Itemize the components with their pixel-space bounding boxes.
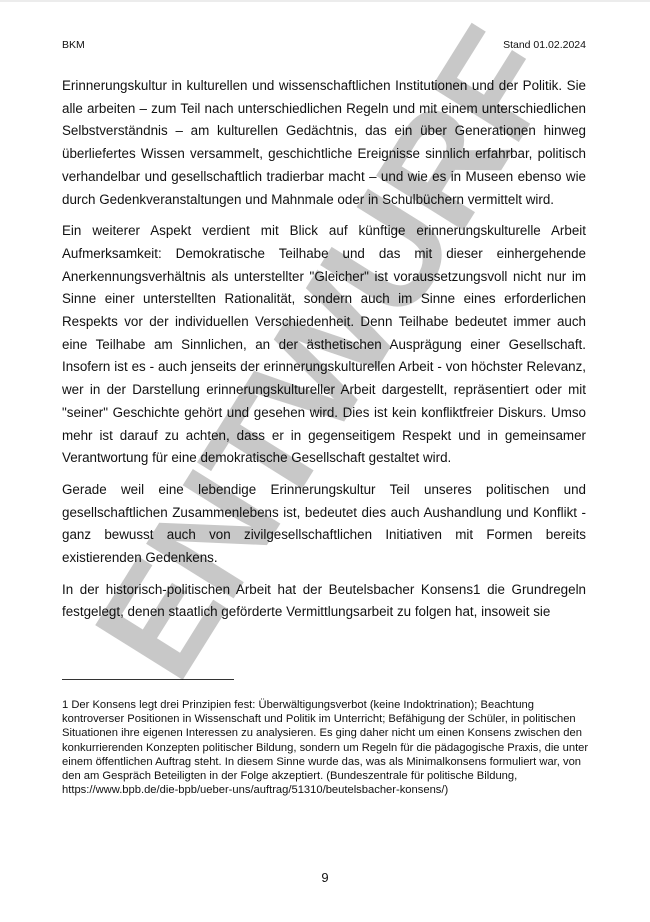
paragraph: Ein weiterer Aspekt verdient mit Blick a… (62, 220, 586, 470)
paragraph: Gerade weil eine lebendige Erinnerungsku… (62, 479, 586, 570)
page-number: 9 (0, 870, 650, 885)
header-left: BKM (62, 39, 462, 51)
header-date: Stand 01.02.2024 (503, 39, 586, 51)
footnote: 1 Der Konsens legt drei Prinzipien fest:… (62, 698, 592, 797)
footnote-separator (62, 679, 234, 680)
paragraph: Erinnerungskultur in kulturellen und wis… (62, 75, 586, 211)
paragraph: In der historisch-politischen Arbeit hat… (62, 579, 586, 624)
body-text: Erinnerungskultur in kulturellen und wis… (62, 75, 586, 633)
page-top-edge (0, 0, 650, 2)
